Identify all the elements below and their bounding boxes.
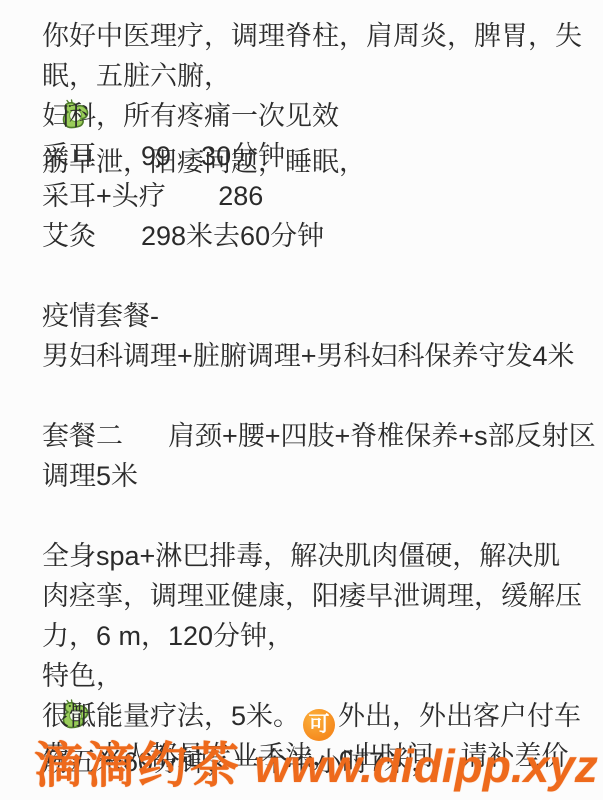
text-line: 眠，五脏六腑， 筋早泄，阳痿问题，睡眠， — [42, 56, 596, 96]
text-segment: 你好中医理疗，调理脊柱，肩周炎，脾胃，失 — [42, 21, 582, 51]
text-line: 疫情套餐- — [42, 296, 596, 336]
text-line: 特色， 筋五米60分钟，一个半小时7米， — [42, 656, 596, 696]
text-segment: 采耳+头疗 286 — [42, 181, 263, 211]
text-line: 肉痉挛，调理亚健康，阳痿早泄调理，缓解压 — [42, 576, 596, 616]
text-line: 男妇科调理+脏腑调理+男科妇科保养守发4米 — [42, 336, 596, 376]
text-line: 采耳+头疗 286 — [42, 176, 596, 216]
text-segment: 套餐二 肩颈+腰+四肢+脊椎保养+s部反射区 — [42, 421, 596, 451]
text-segment: 眠，五脏六腑， — [42, 61, 231, 91]
text-segment: 疫情套餐- — [42, 301, 159, 331]
content: 你好中医理疗，调理脊柱，肩周炎，脾胃，失眠，五脏六腑， 筋早泄，阳痿问题，睡眠，… — [42, 16, 596, 776]
text-line: 力，6 m，120分钟， — [42, 616, 596, 656]
watermark: 滴滴约茶 www.didipp.xyz — [34, 736, 598, 800]
text-line: 调理5米 — [42, 456, 596, 496]
text-segment: 肉痉挛，调理亚健康，阳痿早泄调理，缓解压 — [42, 581, 582, 611]
text-line: 很骶能量疗法，5米。可外出，外出客户付车 — [42, 696, 596, 736]
text-segment: 全身spa+淋巴排毒，解决肌肉僵硬，解决肌 — [42, 541, 560, 571]
watermark-url: www.didipp.xyz — [254, 740, 597, 792]
text-segment: 妇科，所有疼痛一次见效 — [42, 101, 339, 131]
text-line: 全身spa+淋巴排毒，解决肌肉僵硬，解决肌 — [42, 536, 596, 576]
text-line: 艾灸 298米去60分钟 — [42, 216, 596, 256]
text-line: 你好中医理疗，调理脊柱，肩周炎，脾胃，失 — [42, 16, 596, 56]
text-line — [42, 376, 596, 416]
text-line — [42, 256, 596, 296]
text-segment: 艾灸 298米去60分钟 — [42, 221, 324, 251]
text-segment: 特色， — [42, 661, 123, 691]
text-line — [42, 496, 596, 536]
text-segment: 很骶能量疗法，5米。 — [42, 701, 300, 731]
watermark-brand: 滴滴约茶 — [34, 739, 242, 793]
page: 你好中医理疗，调理脊柱，肩周炎，脾胃，失眠，五脏六腑， 筋早泄，阳痿问题，睡眠，… — [0, 0, 603, 800]
text-segment: 采耳 99 30分钟 — [42, 141, 285, 171]
text-line: 妇科，所有疼痛一次见效 — [42, 96, 596, 136]
text-segment: 调理5米 — [42, 461, 138, 491]
text-segment: 外出，外出客户付车 — [338, 701, 581, 731]
text-segment: 男妇科调理+脏腑调理+男科妇科保养守发4米 — [42, 341, 575, 371]
text-line: 套餐二 肩颈+腰+四肢+脊椎保养+s部反射区 — [42, 416, 596, 456]
text-segment: 力，6 m，120分钟， — [42, 621, 294, 651]
